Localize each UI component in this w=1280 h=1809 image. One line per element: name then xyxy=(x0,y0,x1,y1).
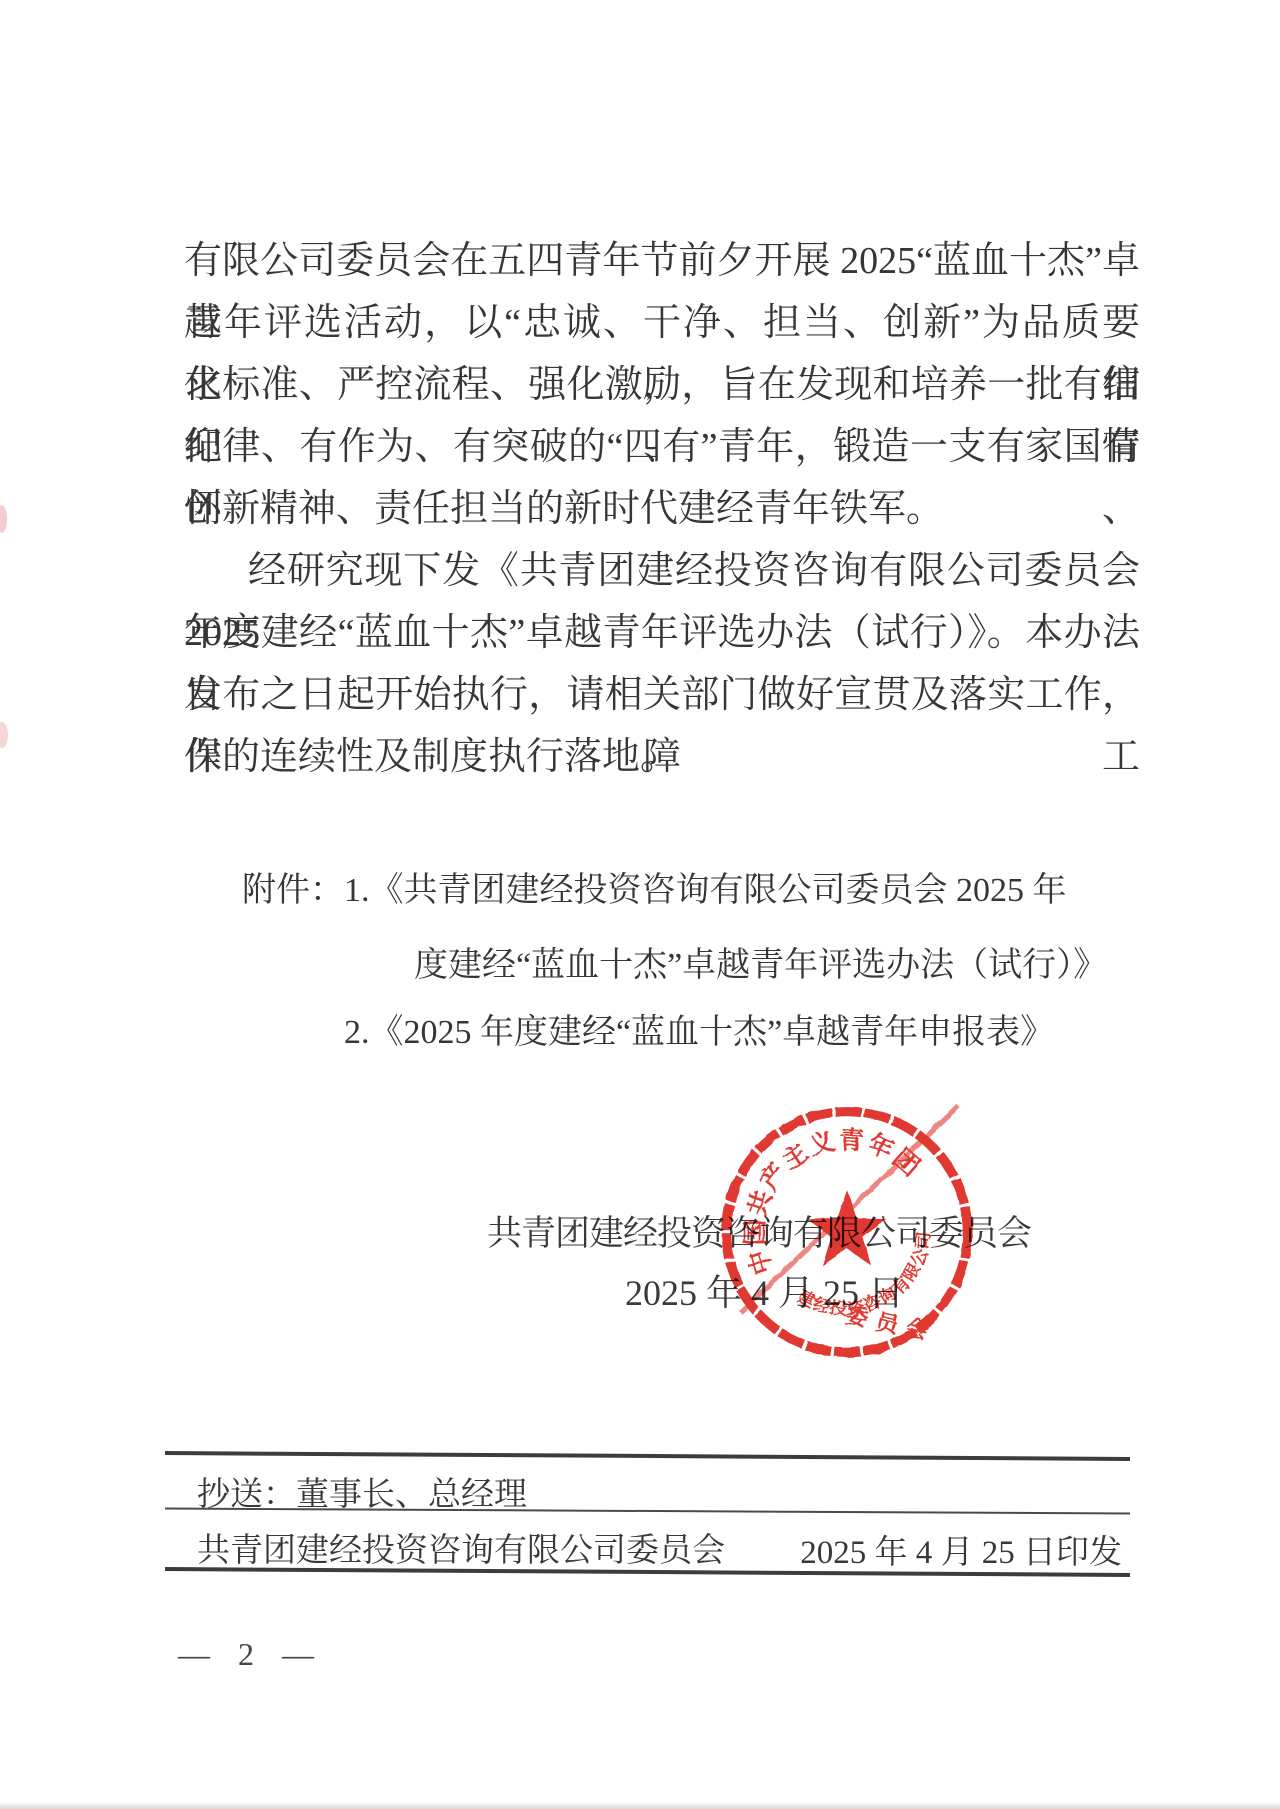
footer-issuer: 共青团建经投资咨询有限公司委员会 xyxy=(197,1524,725,1571)
official-seal-stamp: 中国共产主义青年团 建经投资咨询有限公司 委员会 xyxy=(716,1101,978,1363)
attachment-line-3: 2.《2025 年度建经“蓝血十杰”卓越青年申报表》 xyxy=(344,1011,1054,1055)
attachment-line-1: 附件：1.《共青团建经投资咨询有限公司委员会 2025 年 xyxy=(242,869,1067,913)
scan-smudge xyxy=(0,505,7,533)
seal-star xyxy=(807,1190,887,1266)
body-line: 化标准、严控流程、强化激励，旨在发现和培养一批有信仰、有 xyxy=(184,354,1140,416)
body-line: 有限公司委员会在五四青年节前夕开展 2025“蓝血十杰”卓越 xyxy=(184,230,1140,292)
scan-edge-shadow xyxy=(0,1802,1280,1809)
footer-rule-top xyxy=(165,1451,1130,1461)
scan-smudge xyxy=(0,722,8,748)
page-number: — 2 — xyxy=(178,1636,324,1673)
footer-issue-date: 2025 年 4 月 25 日印发 xyxy=(800,1526,1122,1573)
document-page: 有限公司委员会在五四青年节前夕开展 2025“蓝血十杰”卓越 青年评选活动，以“… xyxy=(0,0,1280,1809)
body-line: 青年评选活动，以“忠诚、干净、担当、创新”为品质要求，细 xyxy=(184,292,1140,354)
body-line: 年度建经“蓝血十杰”卓越青年评选办法（试行）》。本办法自 xyxy=(184,602,1140,664)
document-body: 有限公司委员会在五四青年节前夕开展 2025“蓝血十杰”卓越 青年评选活动，以“… xyxy=(184,230,1140,788)
body-line: 纪律、有作为、有突破的“四有”青年，锻造一支有家国情怀、 xyxy=(184,416,1140,478)
body-line: 发布之日起开始执行，请相关部门做好宣贯及落实工作，保障工 xyxy=(184,664,1140,726)
attachment-line-2: 度建经“蓝血十杰”卓越青年评选办法（试行）》 xyxy=(414,944,1107,988)
body-line: 经研究现下发《共青团建经投资咨询有限公司委员会 2025 xyxy=(184,540,1140,602)
